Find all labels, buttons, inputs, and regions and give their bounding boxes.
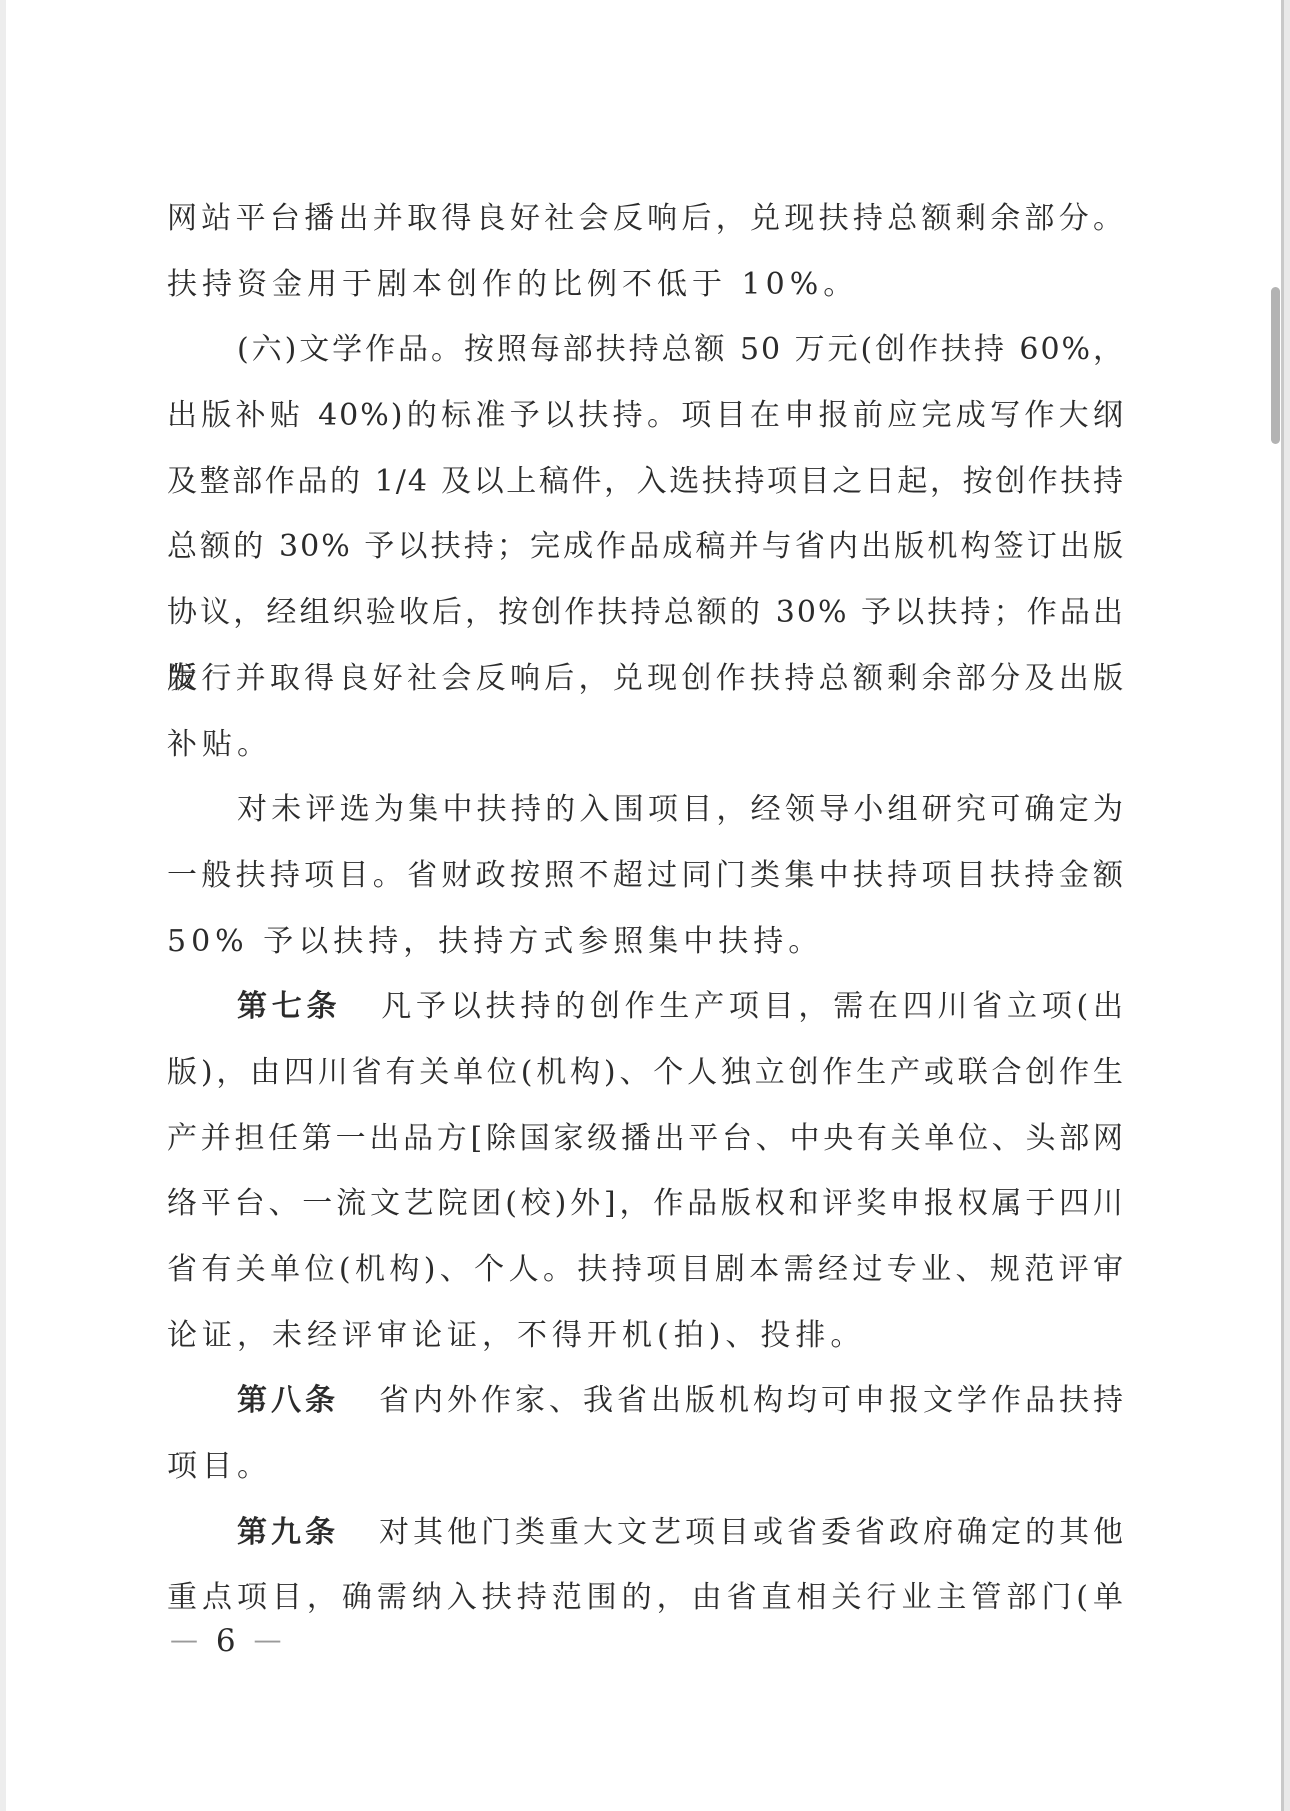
- text-line: 第九条对其他门类重大文艺项目或省委省政府确定的其他: [167, 1500, 1125, 1566]
- text-line: 版)，由四川省有关单位(机构)、个人独立创作生产或联合创作生: [167, 1040, 1125, 1106]
- text-line-content: 一般扶持项目。省财政按照不超过同门类集中扶持项目扶持金额: [167, 858, 1125, 893]
- text-line-content: 补贴。: [167, 727, 272, 762]
- article-number: 第七条: [237, 989, 341, 1024]
- text-line-content: 项目。: [167, 1449, 272, 1484]
- footer-dash-left: —: [170, 1623, 198, 1656]
- text-line: 论证，未经评审论证，不得开机(拍)、投排。: [167, 1303, 1125, 1369]
- text-line-content: 对未评选为集中扶持的入围项目，经领导小组研究可确定为: [237, 792, 1125, 827]
- text-line-content: 发行并取得良好社会反响后，兑现创作扶持总额剩余部分及出版: [167, 661, 1125, 696]
- text-line-content: 凡予以扶持的创作生产项目，需在四川省立项(出: [381, 989, 1125, 1024]
- text-line-content: 论证，未经评审论证，不得开机(拍)、投排。: [167, 1318, 865, 1353]
- text-line: 络平台、一流文艺院团(校)外]，作品版权和评奖申报权属于四川: [167, 1171, 1125, 1237]
- text-line: 第七条凡予以扶持的创作生产项目，需在四川省立项(出: [167, 974, 1125, 1040]
- text-line-content: 产并担任第一出品方[除国家级播出平台、中央有关单位、头部网: [167, 1121, 1125, 1156]
- text-line: 网站平台播出并取得良好社会反响后，兑现扶持总额剩余部分。: [167, 186, 1125, 252]
- text-line: 50% 予以扶持，扶持方式参照集中扶持。: [167, 909, 1125, 975]
- text-line: 一般扶持项目。省财政按照不超过同门类集中扶持项目扶持金额: [167, 843, 1125, 909]
- article-number: 第九条: [237, 1515, 339, 1550]
- text-line: 发行并取得良好社会反响后，兑现创作扶持总额剩余部分及出版: [167, 646, 1125, 712]
- text-line: 出版补贴 40%)的标准予以扶持。项目在申报前应完成写作大纲: [167, 383, 1125, 449]
- text-line-content: 省有关单位(机构)、个人。扶持项目剧本需经过专业、规范评审: [167, 1252, 1125, 1287]
- text-line: 补贴。: [167, 712, 1125, 778]
- text-line: 扶持资金用于剧本创作的比例不低于 10%。: [167, 252, 1125, 318]
- footer-dash-right: —: [253, 1623, 281, 1656]
- text-line: 及整部作品的 1/4 及以上稿件，入选扶持项目之日起，按创作扶持: [167, 449, 1125, 515]
- text-line-content: 总额的 30% 予以扶持；完成作品成稿并与省内出版机构签订出版: [167, 529, 1125, 564]
- text-line-content: 及整部作品的 1/4 及以上稿件，入选扶持项目之日起，按创作扶持: [167, 464, 1125, 499]
- document-text-block: 网站平台播出并取得良好社会反响后，兑现扶持总额剩余部分。 扶持资金用于剧本创作的…: [167, 186, 1125, 1631]
- text-line-content: 省内外作家、我省出版机构均可申报文学作品扶持: [379, 1383, 1125, 1418]
- text-line: 省有关单位(机构)、个人。扶持项目剧本需经过专业、规范评审: [167, 1237, 1125, 1303]
- page-left-edge: [0, 0, 6, 1811]
- text-line-content: 对其他门类重大文艺项目或省委省政府确定的其他: [379, 1515, 1125, 1550]
- text-line-content: 网站平台播出并取得良好社会反响后，兑现扶持总额剩余部分。: [167, 201, 1125, 236]
- page-footer: — 6 —: [170, 1622, 281, 1658]
- text-line-content: 出版补贴 40%)的标准予以扶持。项目在申报前应完成写作大纲: [167, 398, 1125, 433]
- article-number: 第八条: [237, 1383, 339, 1418]
- text-line: 产并担任第一出品方[除国家级播出平台、中央有关单位、头部网: [167, 1106, 1125, 1172]
- text-line-content: 络平台、一流文艺院团(校)外]，作品版权和评奖申报权属于四川: [167, 1186, 1125, 1221]
- scrollbar-thumb[interactable]: [1271, 287, 1280, 444]
- text-line-content: 版)，由四川省有关单位(机构)、个人独立创作生产或联合创作生: [167, 1055, 1125, 1090]
- text-line: 对未评选为集中扶持的入围项目，经领导小组研究可确定为: [167, 777, 1125, 843]
- text-line-content: 50% 予以扶持，扶持方式参照集中扶持。: [167, 924, 823, 959]
- text-line: 协议，经组织验收后，按创作扶持总额的 30% 予以扶持；作品出版: [167, 580, 1125, 646]
- text-line: 第八条省内外作家、我省出版机构均可申报文学作品扶持: [167, 1368, 1125, 1434]
- text-line-content: 扶持资金用于剧本创作的比例不低于 10%。: [167, 267, 858, 302]
- text-line: 总额的 30% 予以扶持；完成作品成稿并与省内出版机构签订出版: [167, 514, 1125, 580]
- text-line: (六)文学作品。按照每部扶持总额 50 万元(创作扶持 60%，: [167, 317, 1125, 383]
- page-number: 6: [216, 1623, 236, 1659]
- text-line-content: 重点项目，确需纳入扶持范围的，由省直相关行业主管部门(单: [167, 1580, 1125, 1615]
- text-line: 项目。: [167, 1434, 1125, 1500]
- text-line-content: (六)文学作品。按照每部扶持总额 50 万元(创作扶持 60%，: [237, 332, 1125, 367]
- document-page: 网站平台播出并取得良好社会反响后，兑现扶持总额剩余部分。 扶持资金用于剧本创作的…: [0, 0, 1290, 1811]
- text-line: 重点项目，确需纳入扶持范围的，由省直相关行业主管部门(单: [167, 1565, 1125, 1631]
- page-right-edge: [1284, 0, 1290, 1811]
